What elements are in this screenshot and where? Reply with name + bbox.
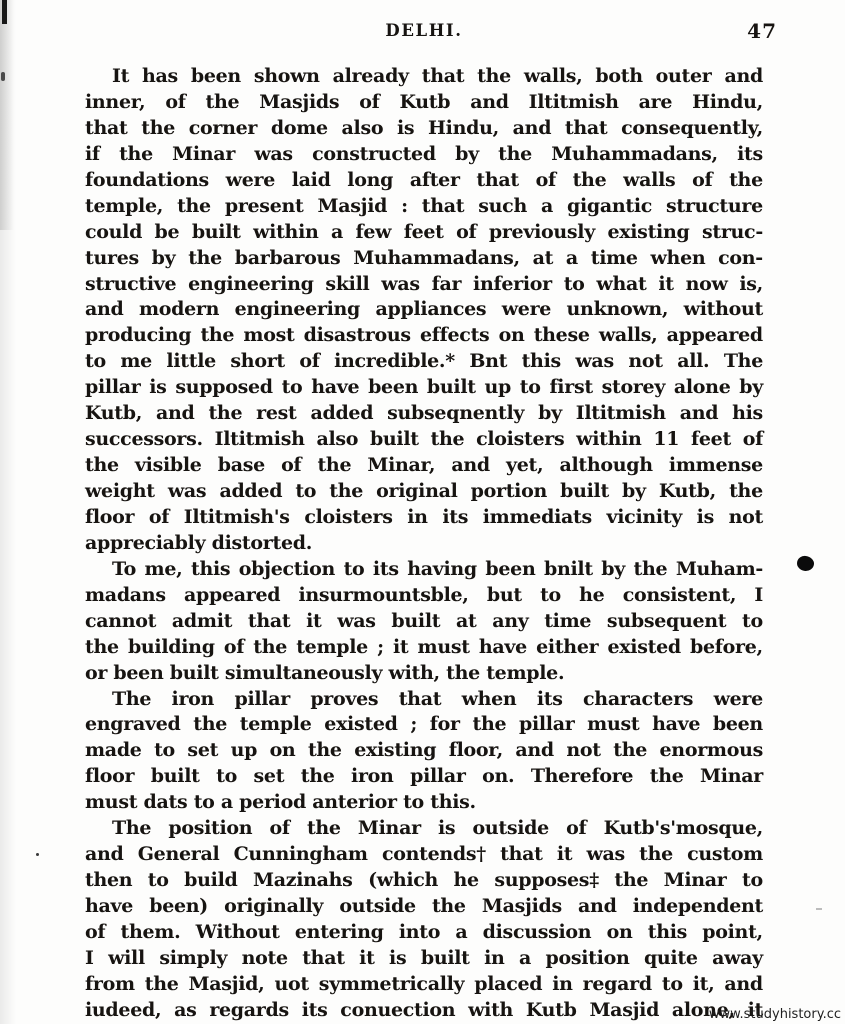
page-title: DELHI. [385, 21, 462, 40]
text-line: successors.Iltitmishalsobuiltthecloister… [85, 428, 763, 454]
text-line: turesbythebarbarousMuhammadans,atatimewh… [85, 247, 763, 273]
text-line: foundationswerelaidlongafterthatofthewal… [85, 169, 763, 195]
text-line: Theironpillarprovesthatwhenitscharacters… [85, 688, 763, 714]
text-line: iudeed,asregardsitsconuectionwithKutbMas… [85, 999, 763, 1024]
text-line: ofthem.Withoutenteringintoadiscussionont… [85, 921, 763, 947]
text-line: thentobuildMazinahs(whichhesupposes‡theM… [85, 869, 763, 895]
text-line: or been built simultaneously with, the t… [85, 662, 763, 688]
text-line: structiveengineeringskillwasfarinferiort… [85, 273, 763, 299]
faint-dash-artifact [816, 908, 822, 910]
text-line: appreciably distorted. [85, 532, 763, 558]
text-line: must dats to a period anterior to this. [85, 791, 763, 817]
text-line: Iwillsimplynotethatitisbuiltinapositionq… [85, 947, 763, 973]
text-line: temple,thepresentMasjid:thatsuchagiganti… [85, 195, 763, 221]
text-line: fromtheMasjid,uotsymmetricallyplacedinre… [85, 973, 763, 999]
stray-period-artifact [36, 853, 39, 856]
text-line: andmodernengineeringapplianceswereunknow… [85, 298, 763, 324]
text-line: havebeen)originallyoutsidetheMasjidsandi… [85, 895, 763, 921]
text-line: Tome,thisobjectiontoitshavingbeenbniltby… [85, 558, 763, 584]
scan-edge-shadow-top [0, 0, 14, 230]
text-line: weightwasaddedtotheoriginalportionbuiltb… [85, 480, 763, 506]
text-line: thebuildingofthetemple;itmusthaveeithere… [85, 636, 763, 662]
ink-blob-artifact [796, 555, 815, 572]
text-line: madetosetupontheexistingfloor,andnotthee… [85, 739, 763, 765]
scanned-book-page: DELHI. 47 Ithasbeenshownalreadythatthewa… [0, 0, 845, 1024]
text-line: andGeneralCunninghamcontends†thatitwasth… [85, 843, 763, 869]
text-line: couldbebuiltwithinafewfeetofpreviouslyex… [85, 221, 763, 247]
text-line: inner,oftheMasjidsofKutbandIltitmishareH… [85, 91, 763, 117]
text-line: pillarissupposedtohavebeenbuiltuptofirst… [85, 376, 763, 402]
text-body: Ithasbeenshownalreadythatthewalls,bothou… [85, 65, 763, 1024]
text-line: tomelittleshortofincredible.*Bntthiswasn… [85, 350, 763, 376]
text-line: floorbuilttosettheironpillaron.Therefore… [85, 765, 763, 791]
scan-edge-shadow [0, 0, 16, 1024]
text-line: producingthemostdisastrouseffectsonthese… [85, 324, 763, 350]
scan-bar-artifact [2, 0, 7, 24]
scan-dot-artifact [1, 72, 5, 81]
text-line: engravedthetempleexisted;forthepillarmus… [85, 713, 763, 739]
text-line: thatthecornerdomealsoisHindu,andthatcons… [85, 117, 763, 143]
text-line: thevisiblebaseoftheMinar,andyet,although… [85, 454, 763, 480]
page-number: 47 [747, 19, 777, 43]
text-line: ThepositionoftheMinarisoutsideofKutb's'm… [85, 817, 763, 843]
text-line: cannotadmitthatitwasbuiltatanytimesubseq… [85, 610, 763, 636]
watermark: www.studyhistory.cc [709, 1007, 841, 1022]
running-head: DELHI. [85, 21, 763, 40]
text-line: madansappearedinsurmountsble,buttohecons… [85, 584, 763, 610]
text-line: Kutb,andtherestaddedsubseqnentlybyIltitm… [85, 402, 763, 428]
text-line: Ithasbeenshownalreadythatthewalls,bothou… [85, 65, 763, 91]
text-line: iftheMinarwasconstructedbytheMuhammadans… [85, 143, 763, 169]
text-line: floorofIltitmish'scloistersinitsimmediat… [85, 506, 763, 532]
